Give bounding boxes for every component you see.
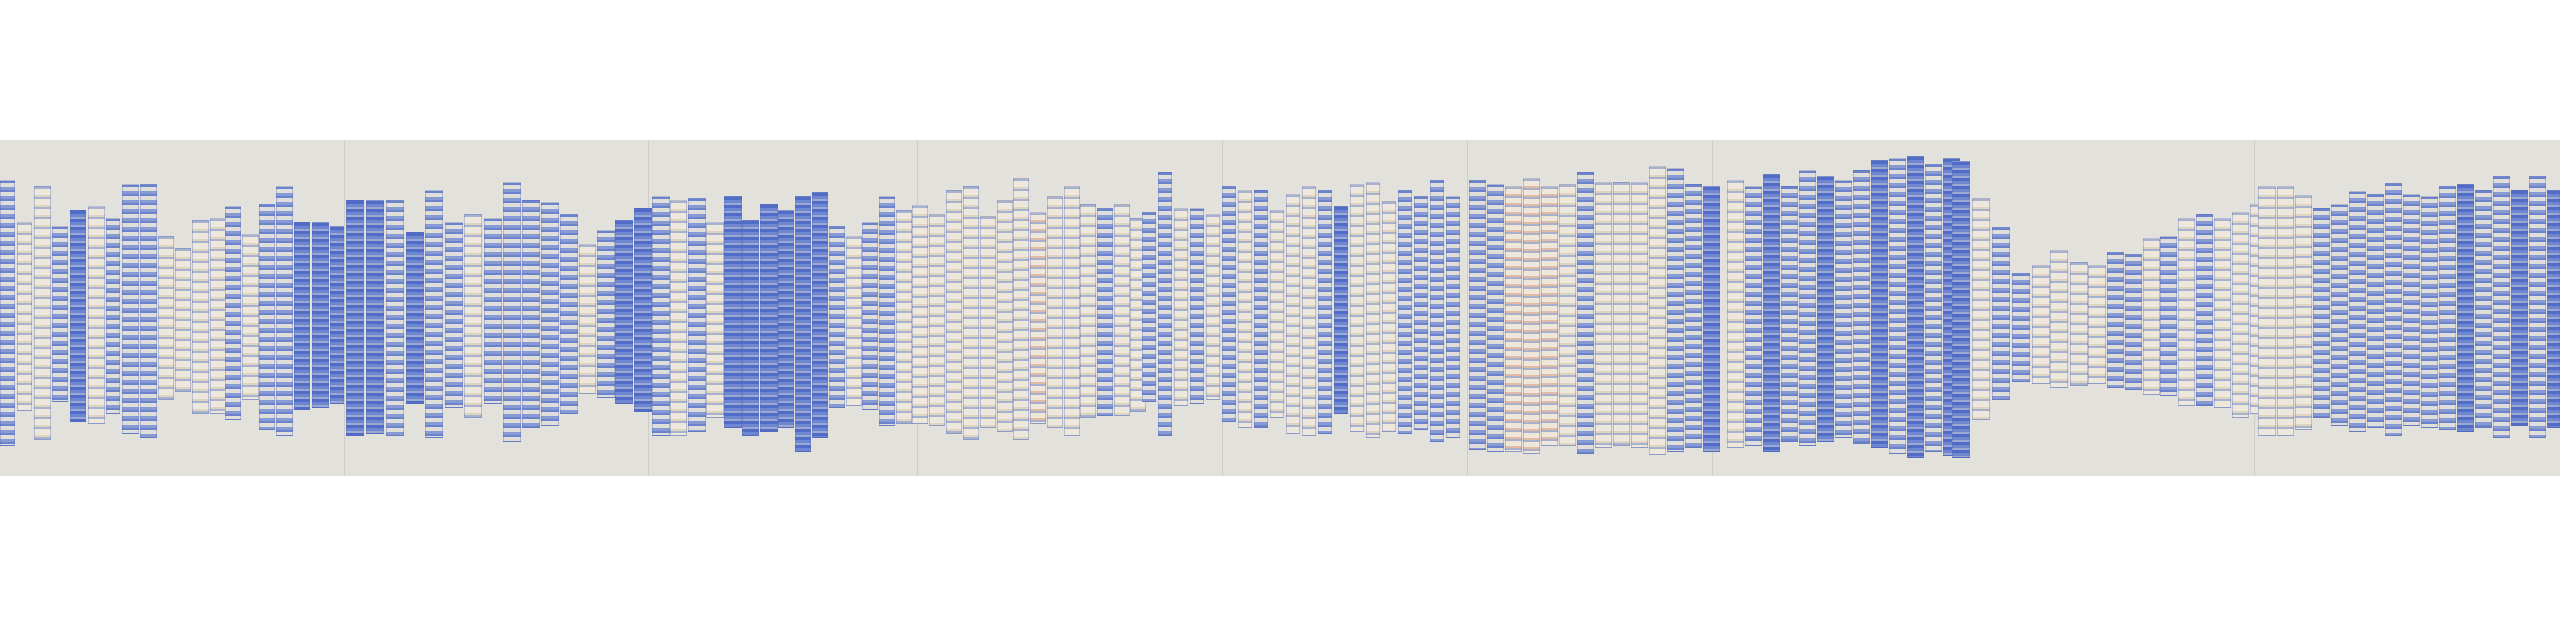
- printed-strip: [963, 186, 979, 440]
- printed-strip: [812, 192, 828, 438]
- printed-strip: [366, 200, 384, 434]
- printed-strip: [1835, 180, 1852, 438]
- printed-strip: [829, 226, 845, 408]
- printed-strip: [330, 226, 344, 404]
- printed-strip: [425, 190, 443, 438]
- printed-strip: [879, 196, 895, 426]
- printed-strip: [2403, 194, 2420, 426]
- printed-strip: [88, 206, 105, 424]
- printed-strip: [259, 204, 275, 430]
- printed-strip: [2178, 218, 2195, 406]
- printed-strip: [2313, 208, 2330, 418]
- printed-strip: [106, 218, 120, 414]
- printed-strip: [1972, 198, 1990, 420]
- printed-strip: [140, 184, 157, 438]
- printed-strip: [1577, 172, 1594, 454]
- printed-strip: [846, 236, 862, 406]
- printed-strip: [795, 196, 811, 452]
- printed-strip: [912, 205, 928, 424]
- printed-strip: [1745, 186, 1762, 446]
- printed-strip: [2032, 265, 2050, 384]
- printed-strip: [652, 196, 670, 436]
- printed-strip: [122, 184, 139, 434]
- printed-strip: [445, 222, 463, 408]
- printed-strip: [2143, 238, 2160, 395]
- printed-strip: [1952, 161, 1970, 458]
- printed-strip: [1254, 190, 1268, 428]
- printed-strip: [1781, 186, 1798, 442]
- printed-strip: [1080, 204, 1096, 418]
- printed-strip: [210, 218, 226, 414]
- printed-strip: [1446, 196, 1460, 438]
- printed-strip: [484, 218, 502, 404]
- printed-strip: [175, 248, 191, 392]
- printed-strip: [2529, 176, 2546, 438]
- printed-strip: [1541, 186, 1558, 446]
- printed-strip: [1925, 164, 1942, 452]
- printed-strip: [1631, 182, 1648, 448]
- printed-strip: [2214, 218, 2231, 408]
- printed-strip: [1206, 214, 1220, 400]
- printed-strip: [980, 216, 996, 428]
- printed-strip: [192, 220, 209, 414]
- printed-strip: [1703, 186, 1720, 452]
- printed-strip: [2070, 262, 2088, 386]
- panel-seam: [1467, 140, 1468, 476]
- printed-strip: [560, 214, 578, 414]
- printed-strip: [1334, 206, 1348, 414]
- printed-strip: [724, 196, 742, 428]
- printed-strip: [2331, 204, 2348, 426]
- printed-strip: [1030, 212, 1046, 424]
- printed-strip: [276, 186, 293, 436]
- printed-strip: [1382, 201, 1396, 432]
- printed-strip: [312, 222, 329, 408]
- printed-strip: [464, 214, 482, 418]
- printed-strip: [706, 222, 724, 418]
- printed-strip: [2475, 190, 2492, 428]
- printed-strip: [946, 190, 962, 434]
- printed-strip: [1318, 190, 1332, 434]
- printed-strip: [1799, 170, 1816, 446]
- printed-strip: [760, 204, 778, 432]
- printed-strip: [1366, 182, 1380, 438]
- printed-strip: [1853, 170, 1870, 444]
- printed-strip: [1142, 212, 1156, 402]
- printed-strip: [2107, 252, 2124, 388]
- printed-strip: [1523, 178, 1540, 454]
- printed-strip: [17, 222, 32, 411]
- printed-strip: [615, 220, 633, 404]
- printed-strip: [158, 236, 174, 400]
- printed-strip: [862, 222, 878, 410]
- printed-strip: [896, 210, 912, 424]
- printed-strip: [2349, 191, 2366, 432]
- printed-strip: [634, 208, 652, 412]
- printed-strip: [1398, 190, 1412, 434]
- printed-strip: [929, 214, 945, 426]
- printed-strip: [386, 200, 404, 436]
- printed-strip: [2421, 196, 2438, 428]
- artwork-photograph: [0, 140, 2560, 476]
- printed-strip: [1469, 180, 1486, 450]
- printed-strip: [2088, 265, 2106, 384]
- printed-strip: [597, 230, 615, 398]
- printed-strip: [2160, 236, 2177, 396]
- printed-strip: [2196, 214, 2213, 406]
- printed-strip: [1685, 184, 1702, 448]
- printed-strip: [1907, 156, 1924, 458]
- printed-strip: [2125, 254, 2142, 390]
- printed-strip: [1727, 180, 1744, 448]
- printed-strip: [1158, 172, 1172, 436]
- printed-strip: [1190, 208, 1204, 404]
- printed-strip: [1871, 160, 1888, 448]
- printed-strip: [778, 210, 794, 428]
- printed-strip: [1505, 186, 1522, 452]
- printed-strip: [1889, 158, 1906, 454]
- printed-strip: [1064, 186, 1080, 436]
- printed-strip: [670, 200, 687, 436]
- printed-strip: [1817, 176, 1834, 442]
- printed-strip: [1430, 180, 1444, 442]
- printed-strip: [2547, 190, 2560, 428]
- printed-strip: [346, 200, 364, 436]
- printed-strip: [1174, 208, 1188, 406]
- printed-strip: [1302, 186, 1316, 436]
- printed-strip: [2295, 195, 2312, 430]
- printed-strip: [0, 180, 15, 446]
- printed-strip: [2012, 273, 2030, 382]
- printed-strip: [1763, 174, 1780, 452]
- printed-strip: [522, 200, 540, 428]
- printed-strip: [1013, 178, 1029, 440]
- printed-strip: [2457, 184, 2474, 432]
- printed-strip: [2511, 190, 2528, 426]
- panel-seam: [344, 140, 345, 476]
- printed-strip: [294, 222, 310, 410]
- printed-strip: [1649, 166, 1666, 455]
- printed-strip: [2439, 186, 2456, 430]
- printed-strip: [1114, 204, 1130, 416]
- printed-strip: [1286, 194, 1300, 434]
- printed-strip: [406, 232, 424, 404]
- printed-strip: [2493, 176, 2510, 438]
- printed-strip: [2367, 194, 2384, 428]
- printed-strip: [2232, 212, 2249, 418]
- printed-strip: [579, 244, 596, 394]
- printed-strip: [52, 226, 68, 402]
- printed-strip: [997, 200, 1013, 432]
- printed-strip: [70, 210, 86, 422]
- printed-strip: [1992, 227, 2010, 400]
- printed-strip: [541, 202, 559, 426]
- printed-strip: [742, 220, 759, 436]
- printed-strip: [34, 186, 51, 440]
- printed-strip: [503, 182, 521, 442]
- printed-strip: [1487, 184, 1504, 452]
- printed-strip: [2385, 183, 2402, 436]
- printed-strip: [1667, 168, 1684, 452]
- printed-strip: [1414, 196, 1428, 430]
- printed-strip: [688, 198, 706, 432]
- printed-strip: [1222, 186, 1236, 422]
- printed-strip: [1270, 210, 1284, 418]
- printed-strip: [1097, 208, 1113, 416]
- printed-strip: [1595, 182, 1612, 448]
- printed-strip: [242, 234, 259, 400]
- printed-strip: [225, 206, 241, 420]
- printed-strip: [1238, 190, 1252, 428]
- printed-strip: [1613, 182, 1630, 446]
- printed-strip: [1559, 184, 1576, 446]
- printed-strip: [1350, 184, 1364, 432]
- printed-strip: [2050, 250, 2068, 388]
- printed-strip: [2277, 186, 2294, 436]
- printed-strip: [1047, 196, 1063, 428]
- printed-strip: [2258, 186, 2276, 436]
